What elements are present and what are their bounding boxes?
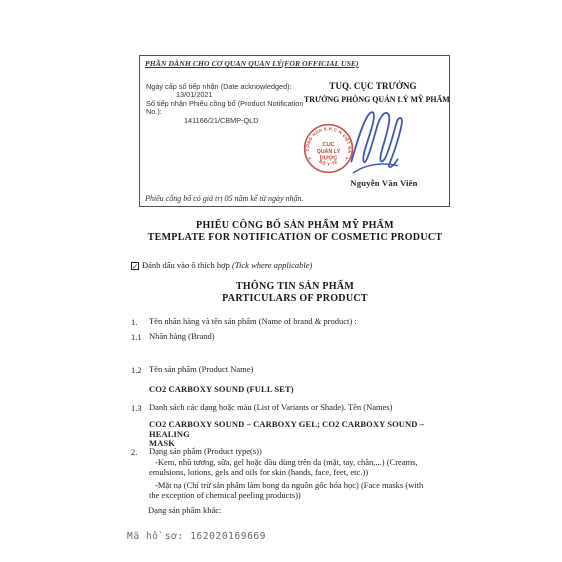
item-1-3-number: 1.3: [131, 403, 148, 413]
document-title-vi: PHIẾU CÔNG BỐ SẢN PHẨM MỸ PHẨM: [111, 220, 479, 231]
official-use-box: PHẦN DÀNH CHO CƠ QUAN QUẢN LÝ(FOR OFFICI…: [139, 55, 450, 207]
official-use-heading: PHẦN DÀNH CHO CƠ QUAN QUẢN LÝ(FOR OFFICI…: [145, 59, 359, 68]
tick-instruction-vi: Đánh dấu vào ô thích hợp: [142, 260, 232, 270]
notification-no-label: Số tiếp nhận Phiếu công bố (Product Noti…: [146, 100, 314, 117]
product-type-option-masks: -Mặt nạ (Chỉ trừ sản phẩm làm bong da ng…: [149, 481, 459, 500]
svg-text:DƯỢC: DƯỢC: [320, 155, 338, 161]
authority-department: TRƯỞNG PHÒNG QUẢN LÝ MỸ PHẨM: [304, 94, 442, 104]
item-1-label: Tên nhãn hàng và tên sản phẩm (Name of b…: [149, 317, 459, 327]
item-1-2-number: 1.2: [131, 365, 148, 375]
acknowledgement-block: Ngày cấp số tiếp nhận (Date acknowledged…: [146, 83, 314, 125]
section-heading-vi: THÔNG TIN SẢN PHẨM: [111, 281, 479, 292]
variants-value: CO2 CARBOXY SOUND – CARBOXY GEL; CO2 CAR…: [149, 420, 459, 449]
product-name-value: CO2 CARBOXY SOUND (FULL SET): [149, 385, 459, 395]
section-heading-en: PARTICULARS OF PRODUCT: [111, 293, 479, 304]
cosmetic-notification-document: PHẦN DÀNH CHO CƠ QUAN QUẢN LÝ(FOR OFFICI…: [0, 0, 562, 562]
checkbox-checked-icon: ✓: [131, 262, 139, 270]
authority-title: TUQ. CỤC TRƯỞNG: [298, 81, 448, 91]
date-acknowledged-label: Ngày cấp số tiếp nhận (Date acknowledged…: [146, 83, 314, 91]
document-title-en: TEMPLATE FOR NOTIFICATION OF COSMETIC PR…: [111, 232, 479, 243]
validity-note: Phiếu công bố có giá trị 05 năm kể từ ng…: [145, 194, 304, 203]
tick-instruction: ✓Đánh dấu vào ô thích hợp (Tick where ap…: [131, 260, 312, 270]
svg-text:CỤC: CỤC: [322, 142, 334, 148]
other-product-type-label: Dạng sản phẩm khác:: [148, 506, 458, 516]
file-code: Mã hồ sơ: 162020169669: [127, 531, 266, 542]
item-1-1-number: 1.1: [131, 332, 148, 342]
tick-instruction-en: (Tick where applicable): [232, 260, 312, 270]
svg-text:QUẢN LÝ: QUẢN LÝ: [317, 148, 341, 155]
item-1-3-label: Danh sách các dạng hoặc màu (List of Var…: [149, 403, 459, 413]
item-2-number: 2.: [131, 447, 148, 457]
signing-authority-block: TUQ. CỤC TRƯỞNG TRƯỞNG PHÒNG QUẢN LÝ MỸ …: [298, 81, 448, 104]
file-code-label: Mã hồ sơ:: [127, 531, 184, 542]
product-type-option-creams: -Kem, nhũ tương, sữa, gel hoặc dầu dùng …: [149, 458, 459, 477]
file-code-value: 162020169669: [190, 531, 266, 542]
signature-icon: [343, 108, 405, 180]
item-1-number: 1.: [131, 317, 148, 327]
item-1-1-label: Nhãn hàng (Brand): [149, 332, 459, 342]
notification-no-value: 141166/21/CBMP-QLD: [146, 117, 314, 125]
svg-text:✱: ✱: [308, 156, 311, 160]
signer-name: Nguyễn Văn Viên: [336, 178, 432, 188]
item-1-2-label: Tên sản phẩm (Product Name): [149, 365, 459, 375]
item-2-label: Dạng sản phẩm (Product type(s)): [149, 447, 459, 457]
